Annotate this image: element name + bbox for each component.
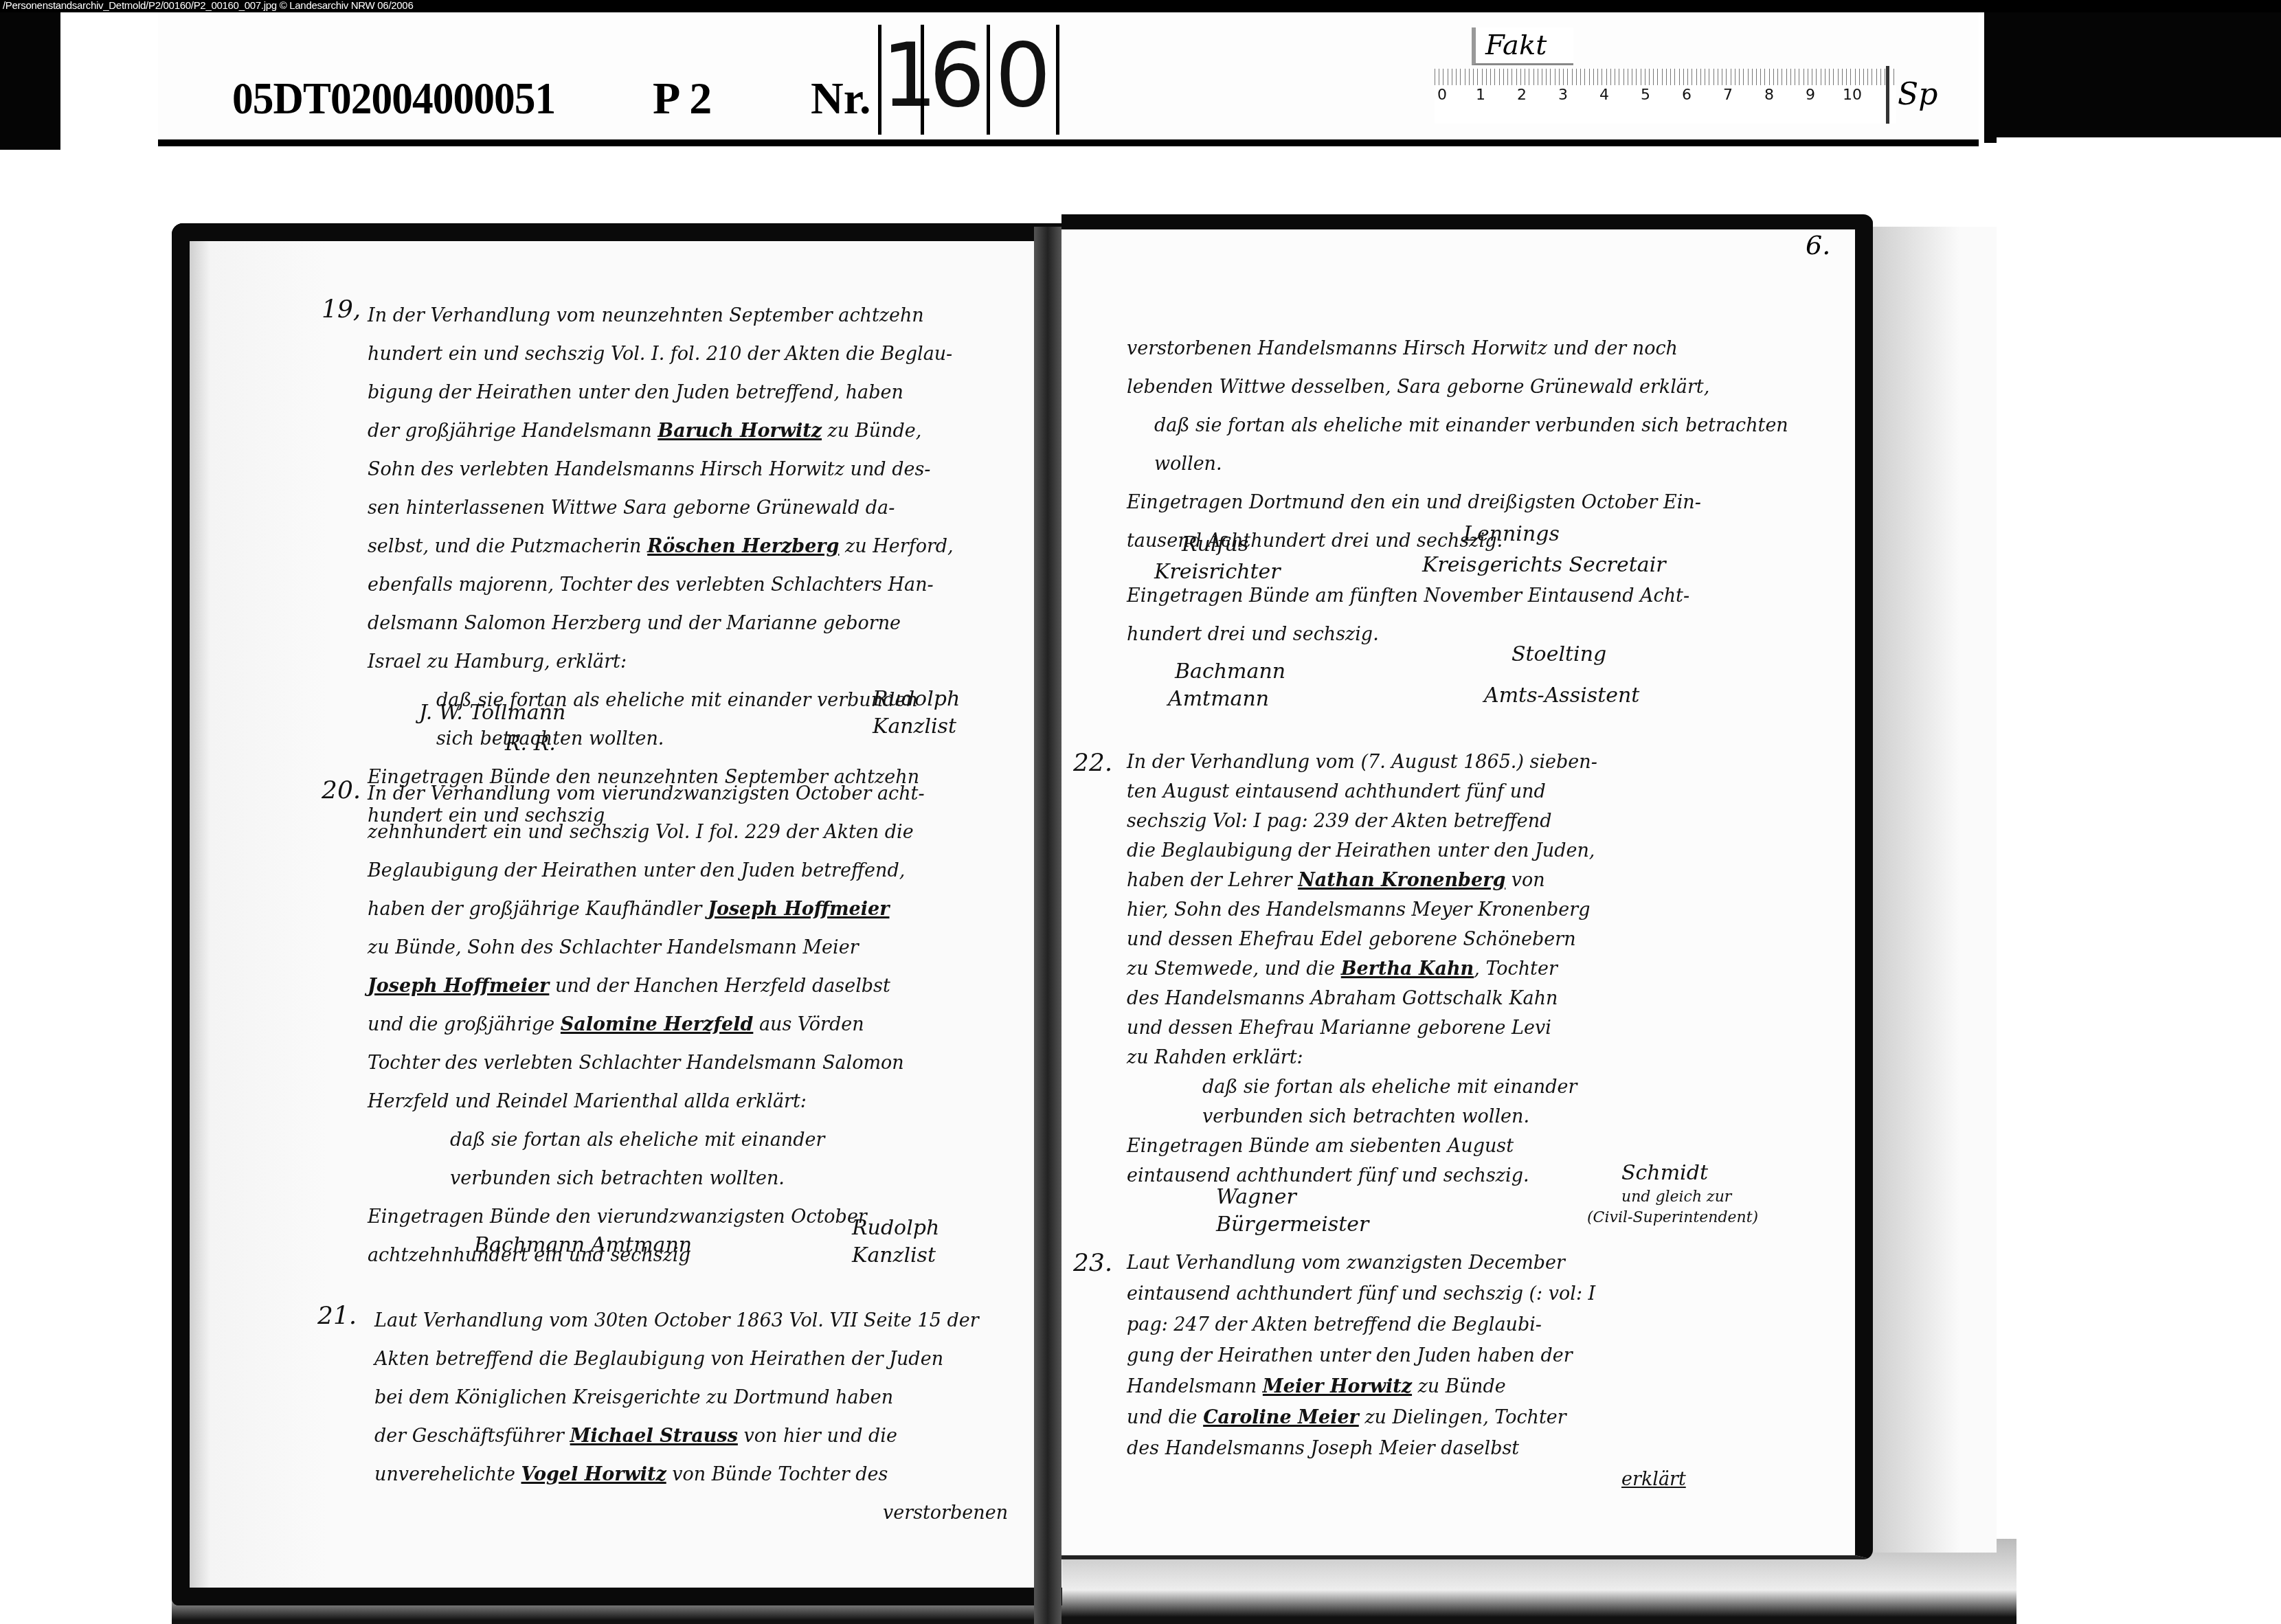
- text-line: bei dem Königlichen Kreisgerichte zu Dor…: [374, 1379, 1008, 1417]
- ruler-number: 10: [1843, 87, 1862, 104]
- text-line: sich betrachten wollten.: [368, 720, 954, 758]
- fakt-tag: Fakt 19: [1472, 27, 1573, 65]
- text-line: der Geschäftsführer Michael Strauss von …: [374, 1417, 1008, 1456]
- ruler-number: 1: [1476, 87, 1485, 104]
- text-line: lebenden Wittwe desselben, Sara geborne …: [1127, 368, 1788, 407]
- signature-note: und gleich zur: [1621, 1188, 1731, 1206]
- text-line: selbst, und die Putzmacherin Röschen Her…: [368, 528, 954, 566]
- text-line: ebenfalls majorenn, Tochter des verlebte…: [368, 566, 954, 605]
- underlined-name: Röschen Herzberg: [647, 536, 839, 557]
- ruler-number: 4: [1599, 87, 1609, 104]
- text-line: unverehelichte Vogel Horwitz von Bünde T…: [374, 1456, 1008, 1494]
- entry-number: 23.: [1073, 1249, 1112, 1277]
- record-number-digit: 1: [878, 25, 923, 135]
- ruler-number: 7: [1723, 87, 1733, 104]
- page-edge-shadow: [1873, 227, 1997, 1553]
- signature: J. W. Tollmann: [419, 701, 565, 725]
- text-line: Sohn des verlebten Handelsmanns Hirsch H…: [368, 451, 954, 489]
- entry-20-text: In der Verhandlung vom vierundzwanzigste…: [368, 775, 925, 1275]
- text-line: Israel zu Hamburg, erklärt:: [368, 643, 954, 681]
- text-line: des Handelsmanns Joseph Meier daselbst: [1127, 1433, 1686, 1464]
- ruler-number: 9: [1806, 87, 1815, 104]
- text-line: zu Stemwede, und die Bertha Kahn, Tochte…: [1127, 954, 1597, 984]
- text-line: daß sie fortan als eheliche mit einander: [1127, 1072, 1597, 1102]
- ruler-number: 2: [1517, 87, 1527, 104]
- folio-number: 6.: [1806, 230, 1830, 260]
- signature-title: Amtmann: [1168, 687, 1269, 711]
- book-gutter: [1034, 227, 1061, 1624]
- signature: Rulfus: [1182, 532, 1248, 556]
- scan-border-left: [0, 12, 60, 150]
- text-line: und die großjährige Salomine Herzfeld au…: [368, 1006, 925, 1044]
- text-line: daß sie fortan als eheliche mit einander…: [1127, 407, 1788, 445]
- underlined-name: Meier Horwitz: [1263, 1376, 1412, 1397]
- underlined-name: Caroline Meier: [1203, 1407, 1359, 1428]
- underlined-name: Joseph Hoffmeier: [708, 899, 889, 920]
- text-line: Beglaubigung der Heirathen unter den Jud…: [368, 852, 925, 890]
- signature: Schmidt: [1621, 1161, 1708, 1185]
- ruler-number: 0: [1437, 87, 1447, 104]
- record-number-box: 1 6 0: [878, 25, 1125, 135]
- series-label: P 2: [653, 73, 712, 125]
- text-line: des Handelsmanns Abraham Gottschalk Kahn: [1127, 984, 1597, 1013]
- ruler-ticks: [1435, 69, 1896, 85]
- ruler-number: 8: [1764, 87, 1774, 104]
- signature: Rudolph: [852, 1216, 939, 1240]
- underlined-name: Bertha Kahn: [1341, 958, 1474, 980]
- entry-19-text: In der Verhandlung vom neunzehnten Septe…: [368, 297, 954, 835]
- text-line: Herzfeld und Reindel Marienthal allda er…: [368, 1083, 925, 1121]
- underlined-name: Nathan Kronenberg: [1298, 870, 1505, 891]
- signature-title: Amtmann: [591, 1233, 692, 1257]
- signature: Bachmann: [1175, 659, 1285, 684]
- text-line: daß sie fortan als eheliche mit einander: [368, 1121, 925, 1160]
- underlined-name: Joseph Hoffmeier: [368, 975, 549, 997]
- entry-number: 22.: [1073, 749, 1112, 777]
- signature-title: (Civil-Superintendent): [1587, 1209, 1758, 1226]
- text-line: verstorbenen Handelsmanns Hirsch Horwitz…: [1127, 330, 1788, 368]
- text-line: Handelsmann Meier Horwitz zu Bünde: [1127, 1371, 1686, 1402]
- text-line: Eingetragen Bünde den vierundzwanzigsten…: [368, 1198, 925, 1237]
- text-line: und die Caroline Meier zu Dielingen, Toc…: [1127, 1402, 1686, 1433]
- ruler-number: 5: [1641, 87, 1650, 104]
- text-line: der großjährige Handelsmann Baruch Horwi…: [368, 412, 954, 451]
- text-line: verbunden sich betrachten wollten.: [368, 1160, 925, 1198]
- scan-background: [1997, 137, 2281, 1624]
- text-line: zu Bünde, Sohn des Schlachter Handelsman…: [368, 929, 925, 967]
- scale-ruler: 0 1 2 3 4 5 6 7 8 9 10: [1435, 69, 1896, 124]
- sp-mark: Sp: [1898, 77, 1937, 112]
- entry-number: 19,: [322, 295, 361, 324]
- entry-number: 20.: [322, 776, 361, 804]
- text-line: gung der Heirathen unter den Juden haben…: [1127, 1340, 1686, 1371]
- text-line: Eingetragen Bünde am fünften November Ei…: [1127, 577, 1689, 616]
- text-line: Laut Verhandlung vom 30ten October 1863 …: [374, 1302, 1008, 1340]
- text-line: und dessen Ehefrau Edel geborene Schöneb…: [1127, 925, 1597, 954]
- text-line: ten August eintausend achthundert fünf u…: [1127, 777, 1597, 807]
- signature: Bachmann: [474, 1233, 585, 1257]
- text-line: In der Verhandlung vom neunzehnten Septe…: [368, 297, 954, 335]
- scan-border-right: [1984, 12, 2281, 143]
- text-line: hier, Sohn des Handelsmanns Meyer Kronen…: [1127, 895, 1597, 925]
- ruler-number: 6: [1682, 87, 1692, 104]
- signature-title: Kreisgerichts Secretair: [1422, 553, 1666, 577]
- text-line: Eingetragen Bünde am siebenten August: [1127, 1131, 1597, 1161]
- entry-21-continuation: verstorbenen Handelsmanns Hirsch Horwitz…: [1127, 330, 1788, 561]
- signature: Lennings: [1463, 522, 1560, 546]
- signature-title: Amts-Assistent: [1484, 684, 1639, 708]
- signature-title: Bürgermeister: [1216, 1213, 1369, 1237]
- archive-id: 05DT02004000051: [232, 73, 555, 125]
- text-line: sen hinterlassenen Wittwe Sara geborne G…: [368, 489, 954, 528]
- text-line: Joseph Hoffmeier und der Hanchen Herzfel…: [368, 967, 925, 1006]
- record-number-digit: 6: [921, 25, 990, 135]
- text-line: verbunden sich betrachten wollen.: [1127, 1102, 1597, 1131]
- text-line: Tochter des verlebten Schlachter Handels…: [368, 1044, 925, 1083]
- text-line: die Beglaubigung der Heirathen unter den…: [1127, 836, 1597, 866]
- text-line: delsmann Salomon Herzberg und der Marian…: [368, 605, 954, 643]
- signature-title: Kanzlist: [852, 1243, 936, 1267]
- scan-header-bar: /Personenstandsarchiv_Detmold/P2/00160/P…: [0, 0, 2281, 12]
- text-line: Eingetragen Dortmund den ein und dreißig…: [1127, 484, 1788, 522]
- text-line: Laut Verhandlung vom zwanzigsten Decembe…: [1127, 1248, 1686, 1278]
- underlined-name: Baruch Horwitz: [658, 420, 822, 442]
- signature-title: Kanzlist: [873, 714, 956, 738]
- signature-title: R. R.: [505, 732, 556, 756]
- text-line: Akten betreffend die Beglaubigung von He…: [374, 1340, 1008, 1379]
- text-line: erklärt: [1127, 1464, 1686, 1495]
- text-line: haben der Lehrer Nathan Kronenberg von: [1127, 866, 1597, 895]
- underlined-name: Vogel Horwitz: [521, 1464, 666, 1485]
- text-line: wollen.: [1127, 445, 1788, 484]
- text-line: hundert ein und sechszig Vol. I. fol. 21…: [368, 335, 954, 374]
- signature: Stoelting: [1512, 642, 1606, 666]
- signature: Wagner: [1216, 1185, 1296, 1209]
- text-line: sechszig Vol: I pag: 239 der Akten betre…: [1127, 807, 1597, 836]
- entry-22-text: In der Verhandlung vom (7. August 1865.)…: [1127, 747, 1597, 1191]
- underlined-name: Salomine Herzfeld: [561, 1014, 753, 1035]
- text-line: In der Verhandlung vom vierundzwanzigste…: [368, 775, 925, 813]
- text-line: zehnhundert ein und sechszig Vol. I fol.…: [368, 813, 925, 852]
- signature: Rudolph: [873, 687, 960, 711]
- text-line: eintausend achthundert fünf und sechszig…: [1127, 1161, 1597, 1191]
- text-line: In der Verhandlung vom (7. August 1865.)…: [1127, 747, 1597, 777]
- text-line: und dessen Ehefrau Marianne geborene Lev…: [1127, 1013, 1597, 1043]
- underlined-name: Michael Strauss: [570, 1425, 738, 1447]
- text-line: haben der großjährige Kaufhändler Joseph…: [368, 890, 925, 929]
- text-line: verstorbenen: [374, 1494, 1008, 1533]
- ruler-end-marker: [1886, 66, 1889, 124]
- text-line: zu Rahden erklärt:: [1127, 1043, 1597, 1072]
- entry-21-text: Laut Verhandlung vom 30ten October 1863 …: [374, 1302, 1008, 1533]
- entry-number: 21.: [317, 1302, 357, 1330]
- ruler-number: 3: [1558, 87, 1568, 104]
- text-line: bigung der Heirathen unter den Juden bet…: [368, 374, 954, 412]
- scan-file-path: /Personenstandsarchiv_Detmold/P2/00160/P…: [3, 0, 413, 12]
- text-line: pag: 247 der Akten betreffend die Beglau…: [1127, 1309, 1686, 1340]
- entry-23-text: Laut Verhandlung vom zwanzigsten Decembe…: [1127, 1248, 1686, 1495]
- number-label: Nr.: [811, 73, 870, 125]
- text-line: eintausend achthundert fünf und sechszig…: [1127, 1278, 1686, 1309]
- record-number-digit: 0: [987, 25, 1059, 135]
